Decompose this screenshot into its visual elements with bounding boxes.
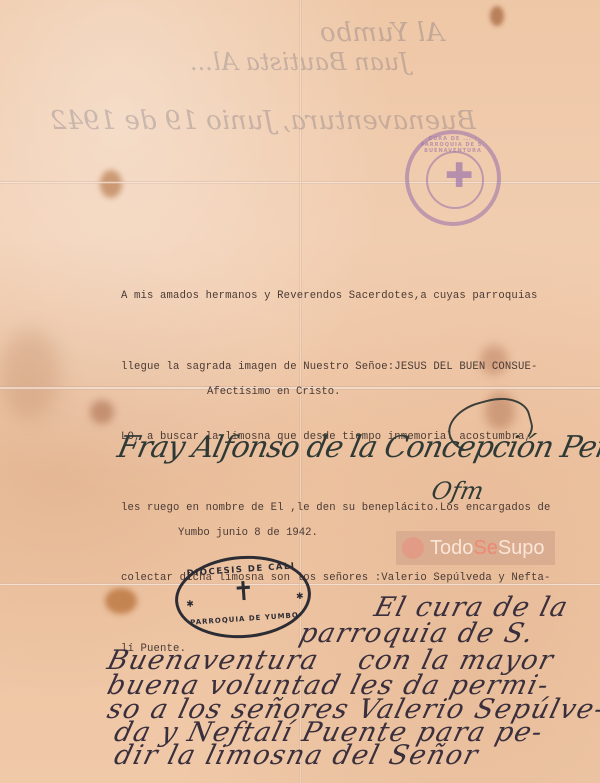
stain bbox=[100, 170, 122, 198]
body-line: llegue la sagrada imagen de Nuestro Seño… bbox=[121, 356, 600, 380]
watermark-logo-icon bbox=[402, 537, 424, 559]
watermark-text: TodoSeSupo bbox=[430, 537, 545, 560]
closing-line: Afectísimo en Cristo. bbox=[207, 386, 341, 398]
round-parish-stamp: CURA DE ... · PARROQUIA DE S. BUENAVENTU… bbox=[405, 130, 501, 226]
handwritten-line: dir la limosna del Señor bbox=[111, 740, 482, 771]
stain bbox=[0, 330, 60, 420]
document-page: Al Yumbo Juan Bautista Al... Buenaventur… bbox=[0, 0, 600, 783]
bleed-through-line: Buenaventura, Junio 19 de 1942 bbox=[50, 106, 476, 136]
cross-icon: ✚ bbox=[445, 159, 474, 193]
body-line: les ruego en nombre de El ,le den su ben… bbox=[121, 497, 600, 521]
dateline: Yumbo junio 8 de 1942. bbox=[178, 527, 318, 539]
body-line: A mis amados hermanos y Reverendos Sacer… bbox=[121, 285, 600, 309]
bleed-through-line: Juan Bautista Al... bbox=[190, 48, 409, 76]
star-icon: ✱ bbox=[296, 591, 304, 602]
signature: Fray Alfonso de la Concepción Peña bbox=[114, 430, 600, 465]
watermark: TodoSeSupo bbox=[396, 531, 555, 565]
star-icon: ✱ bbox=[186, 598, 194, 609]
bleed-through-line: Al Yumbo bbox=[320, 18, 444, 48]
signature-suffix: Ofm bbox=[429, 477, 486, 505]
cross-icon: ✝ bbox=[232, 576, 256, 607]
stain bbox=[90, 400, 114, 424]
stain bbox=[490, 6, 504, 26]
